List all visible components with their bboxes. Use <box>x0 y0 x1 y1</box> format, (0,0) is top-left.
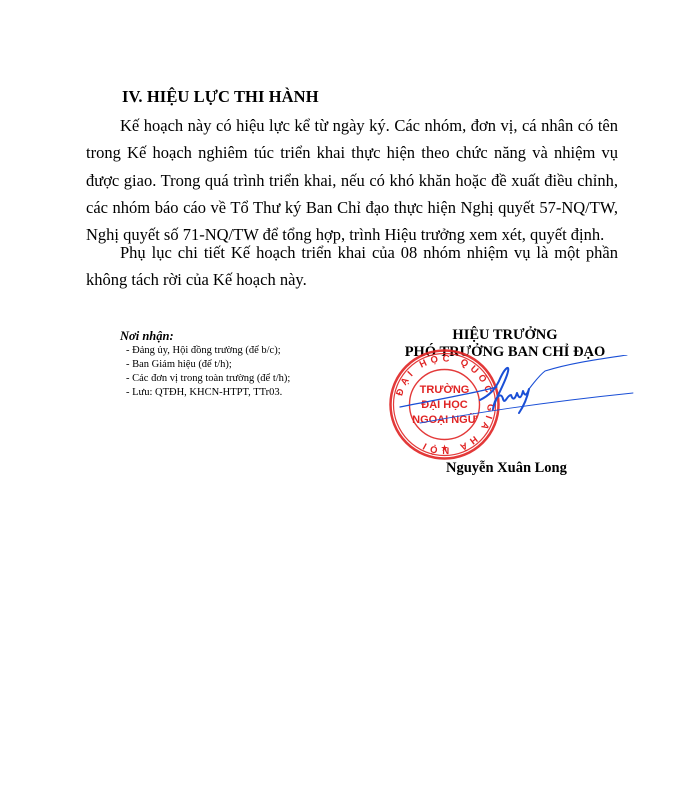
recipients-list: Nơi nhận: - Đảng ủy, Hội đồng trường (để… <box>120 329 290 400</box>
section-heading: IV. HIỆU LỰC THI HÀNH <box>122 87 319 107</box>
recipient-item: - Lưu: QTĐH, KHCN-HTPT, TTr03. <box>120 386 290 400</box>
recipient-item: - Các đơn vị trong toàn trường (để t/h); <box>120 372 290 386</box>
paragraph-effectiveness: Kế hoạch này có hiệu lực kể từ ngày ký. … <box>86 112 618 248</box>
signer-title-1: HIỆU TRƯỞNG <box>390 327 620 344</box>
recipient-item: - Ban Giám hiệu (để t/h); <box>120 358 290 372</box>
recipients-label: Nơi nhận: <box>120 329 290 344</box>
paragraph-appendix: Phụ lục chi tiết Kế hoạch triển khai của… <box>86 239 618 294</box>
handwritten-signature-icon <box>395 355 635 455</box>
recipient-item: - Đảng ủy, Hội đồng trường (để b/c); <box>120 344 290 358</box>
signer-name: Nguyễn Xuân Long <box>446 460 567 477</box>
document-page: IV. HIỆU LỰC THI HÀNH Kế hoạch này có hi… <box>0 0 676 787</box>
